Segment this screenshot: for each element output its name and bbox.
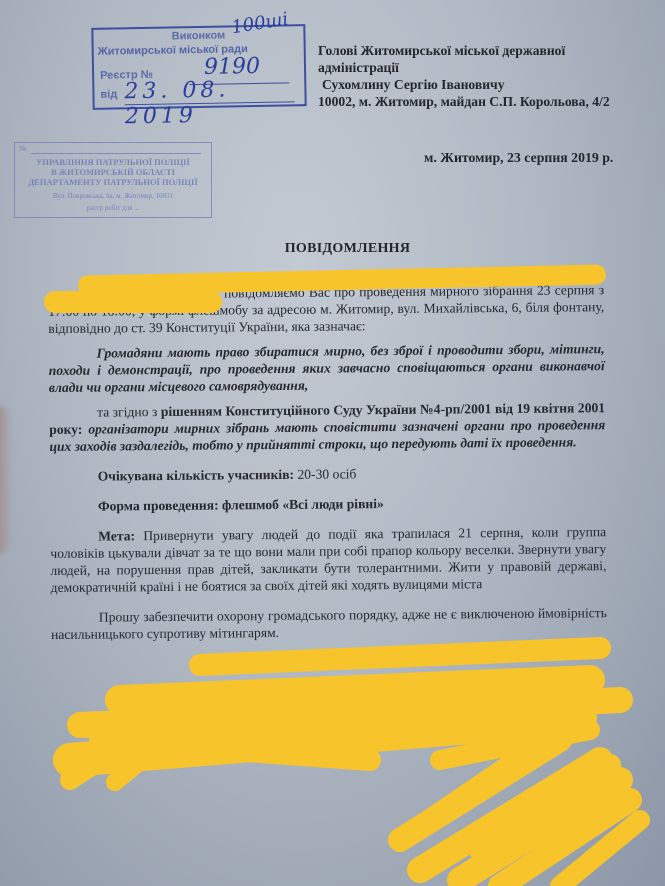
request-paragraph: Прошу забезпечити охорону громадського п… bbox=[51, 604, 607, 643]
document-title: ПОВІДОМЛЕННЯ bbox=[0, 241, 665, 257]
addressee-address: 10002, м. Житомир, майдан С.П. Корольова… bbox=[318, 93, 638, 110]
handwritten-registry-number: 9190 bbox=[204, 54, 260, 80]
document-body: повідомляємо Вас про проведення мирного … bbox=[48, 281, 607, 643]
finger-edge bbox=[0, 405, 12, 555]
redaction-mark bbox=[44, 291, 222, 313]
goal-label: Мета: bbox=[98, 528, 135, 543]
handwritten-date: 23. 08. 2019 bbox=[124, 76, 305, 129]
police-stamp-line: В ЖИТОМИРСЬКІЙ ОБЛАСТІ bbox=[15, 167, 211, 177]
stamp-date-label: від bbox=[100, 88, 117, 100]
participants-value: 20-30 осіб bbox=[294, 466, 357, 482]
registry-stamp: Виконком Житомирської міської ради Реєст… bbox=[91, 24, 306, 110]
police-stamp-line: ДЕПАРТАМЕНТУ ПАТРУЛЬНОЇ ПОЛІЦІЇ bbox=[15, 177, 211, 187]
participants-label: Очікувана кількість учасників: bbox=[98, 467, 295, 484]
police-stamp-number-line bbox=[31, 153, 201, 154]
police-stamp: № УПРАВЛІННЯ ПАТРУЛЬНОЇ ПОЛІЦІЇ В ЖИТОМИ… bbox=[14, 142, 212, 218]
police-stamp-line: УПРАВЛІННЯ ПАТРУЛЬНОЇ ПОЛІЦІЇ bbox=[15, 157, 211, 167]
court-quote: організатори мирних зібрань мають сповіс… bbox=[49, 417, 605, 454]
addressee-block: Голові Житомирської міської державної ад… bbox=[318, 42, 638, 110]
court-decision-paragraph: та згідно з рішенням Конституційного Суд… bbox=[49, 399, 605, 455]
police-stamp-address: Вул. Покровська, 9а, м. Житомир, 10031 bbox=[15, 191, 211, 201]
participants-line: Очікувана кількість учасників: 20-30 осі… bbox=[50, 463, 606, 485]
police-stamp-number-label: № bbox=[19, 144, 27, 153]
addressee-line: Сухомлину Сергію Івановичу bbox=[318, 76, 638, 93]
constitution-quote: Громадяни мають право збиратися мирно, б… bbox=[49, 340, 605, 396]
court-prefix: та згідно з bbox=[97, 404, 161, 420]
place-and-date: м. Житомир, 23 серпня 2019 р. bbox=[424, 150, 613, 166]
addressee-line: адміністрації bbox=[318, 59, 638, 76]
event-form-line: Форма проведення: флешмоб «Всі люди рівн… bbox=[50, 493, 606, 515]
goal-paragraph: Мета: Привернути увагу людей до події як… bbox=[50, 523, 607, 596]
addressee-line: Голові Житомирської міської державної bbox=[318, 42, 638, 59]
police-stamp-footer: растр робіт для ... bbox=[15, 203, 211, 213]
